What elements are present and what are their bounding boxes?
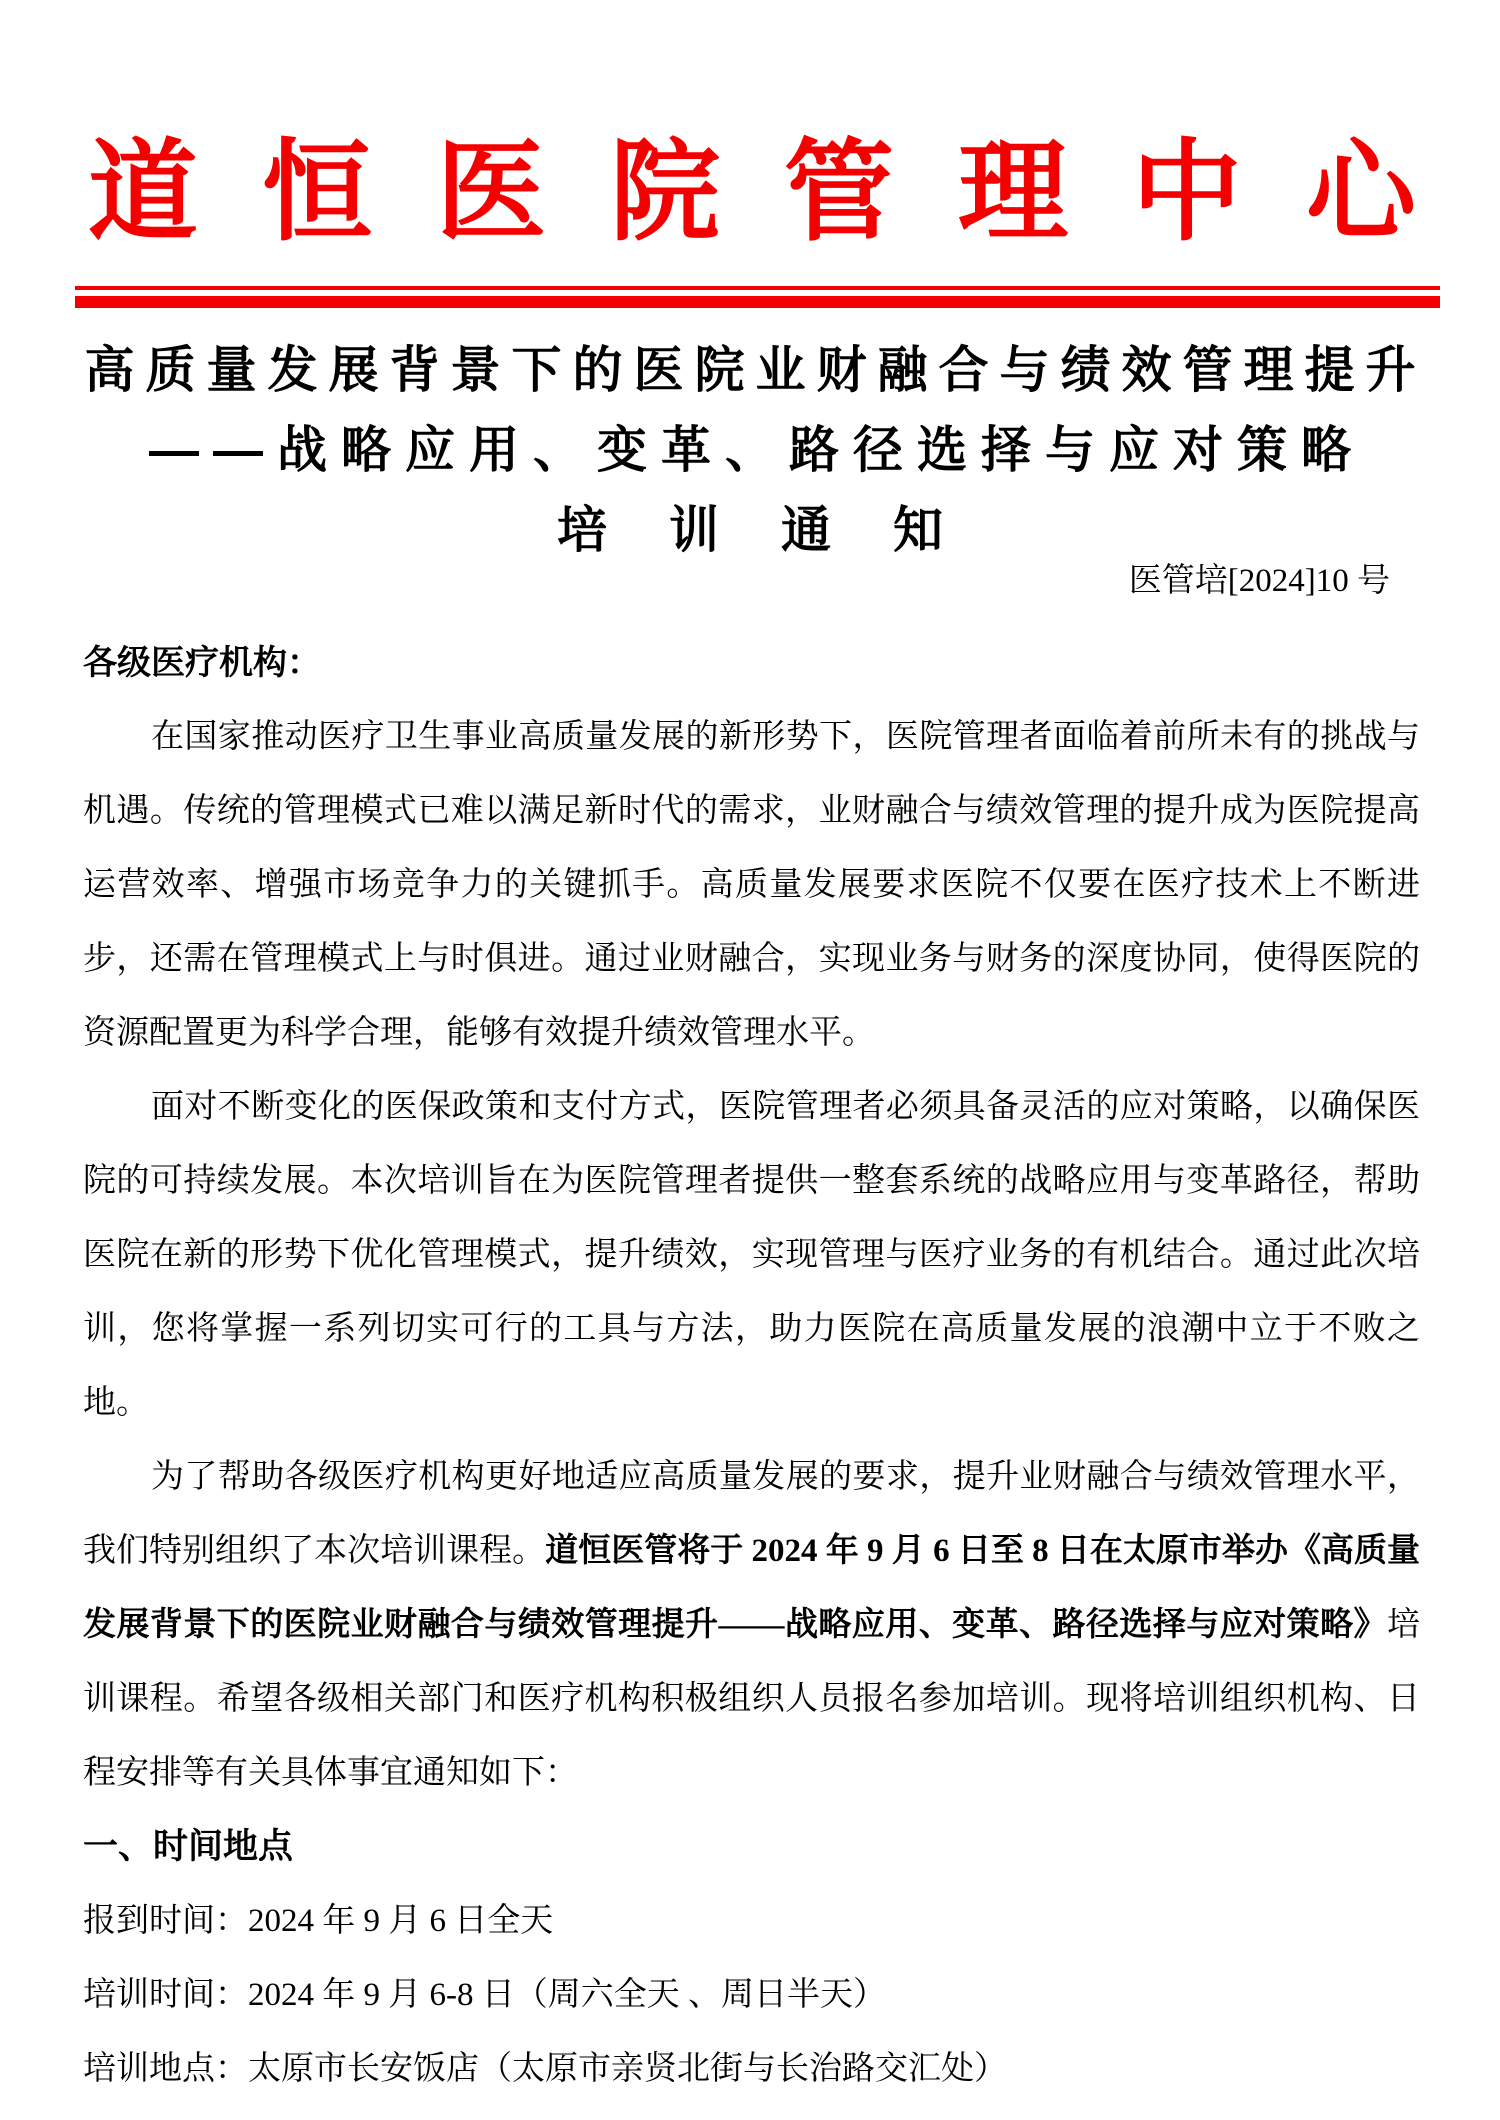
document-title: 高质量发展背景下的医院业财融合与绩效管理提升 ——战略应用、变革、路径选择与应对…: [60, 330, 1440, 570]
registration-time-line: 报到时间：2024 年 9 月 6 日全天: [83, 1884, 1420, 1958]
title-line-3: 培训通知: [60, 490, 1440, 570]
paragraph-2: 面对不断变化的医保政策和支付方式，医院管理者必须具备灵活的应对策略，以确保医院的…: [83, 1070, 1420, 1440]
paragraph-1: 在国家推动医疗卫生事业高质量发展的新形势下，医院管理者面临着前所未有的挑战与机遇…: [83, 700, 1420, 1070]
header-rule-thin: [75, 286, 1440, 290]
salutation: 各级医疗机构：: [83, 626, 1420, 700]
paragraph-3: 为了帮助各级医疗机构更好地适应高质量发展的要求，提升业财融合与绩效管理水平，我们…: [83, 1440, 1420, 1810]
title-line-1: 高质量发展背景下的医院业财融合与绩效管理提升: [60, 330, 1440, 410]
title-line-2: ——战略应用、变革、路径选择与应对策略: [60, 410, 1440, 490]
org-title: 道恒医院管理中心: [88, 138, 1420, 248]
document-page: 道恒医院管理中心 高质量发展背景下的医院业财融合与绩效管理提升 ——战略应用、变…: [0, 0, 1500, 2120]
training-time-line: 培训时间：2024 年 9 月 6-8 日（周六全天 、周日半天）: [83, 1958, 1420, 2032]
header-rule-thick: [75, 296, 1440, 308]
document-body: 各级医疗机构： 在国家推动医疗卫生事业高质量发展的新形势下，医院管理者面临着前所…: [83, 626, 1420, 2106]
training-location-line: 培训地点：太原市长安饭店（太原市亲贤北街与长治路交汇处）: [83, 2032, 1420, 2106]
section-heading-time-location: 一、时间地点: [83, 1810, 1420, 1884]
doc-number: 医管培[2024]10 号: [83, 560, 1390, 602]
